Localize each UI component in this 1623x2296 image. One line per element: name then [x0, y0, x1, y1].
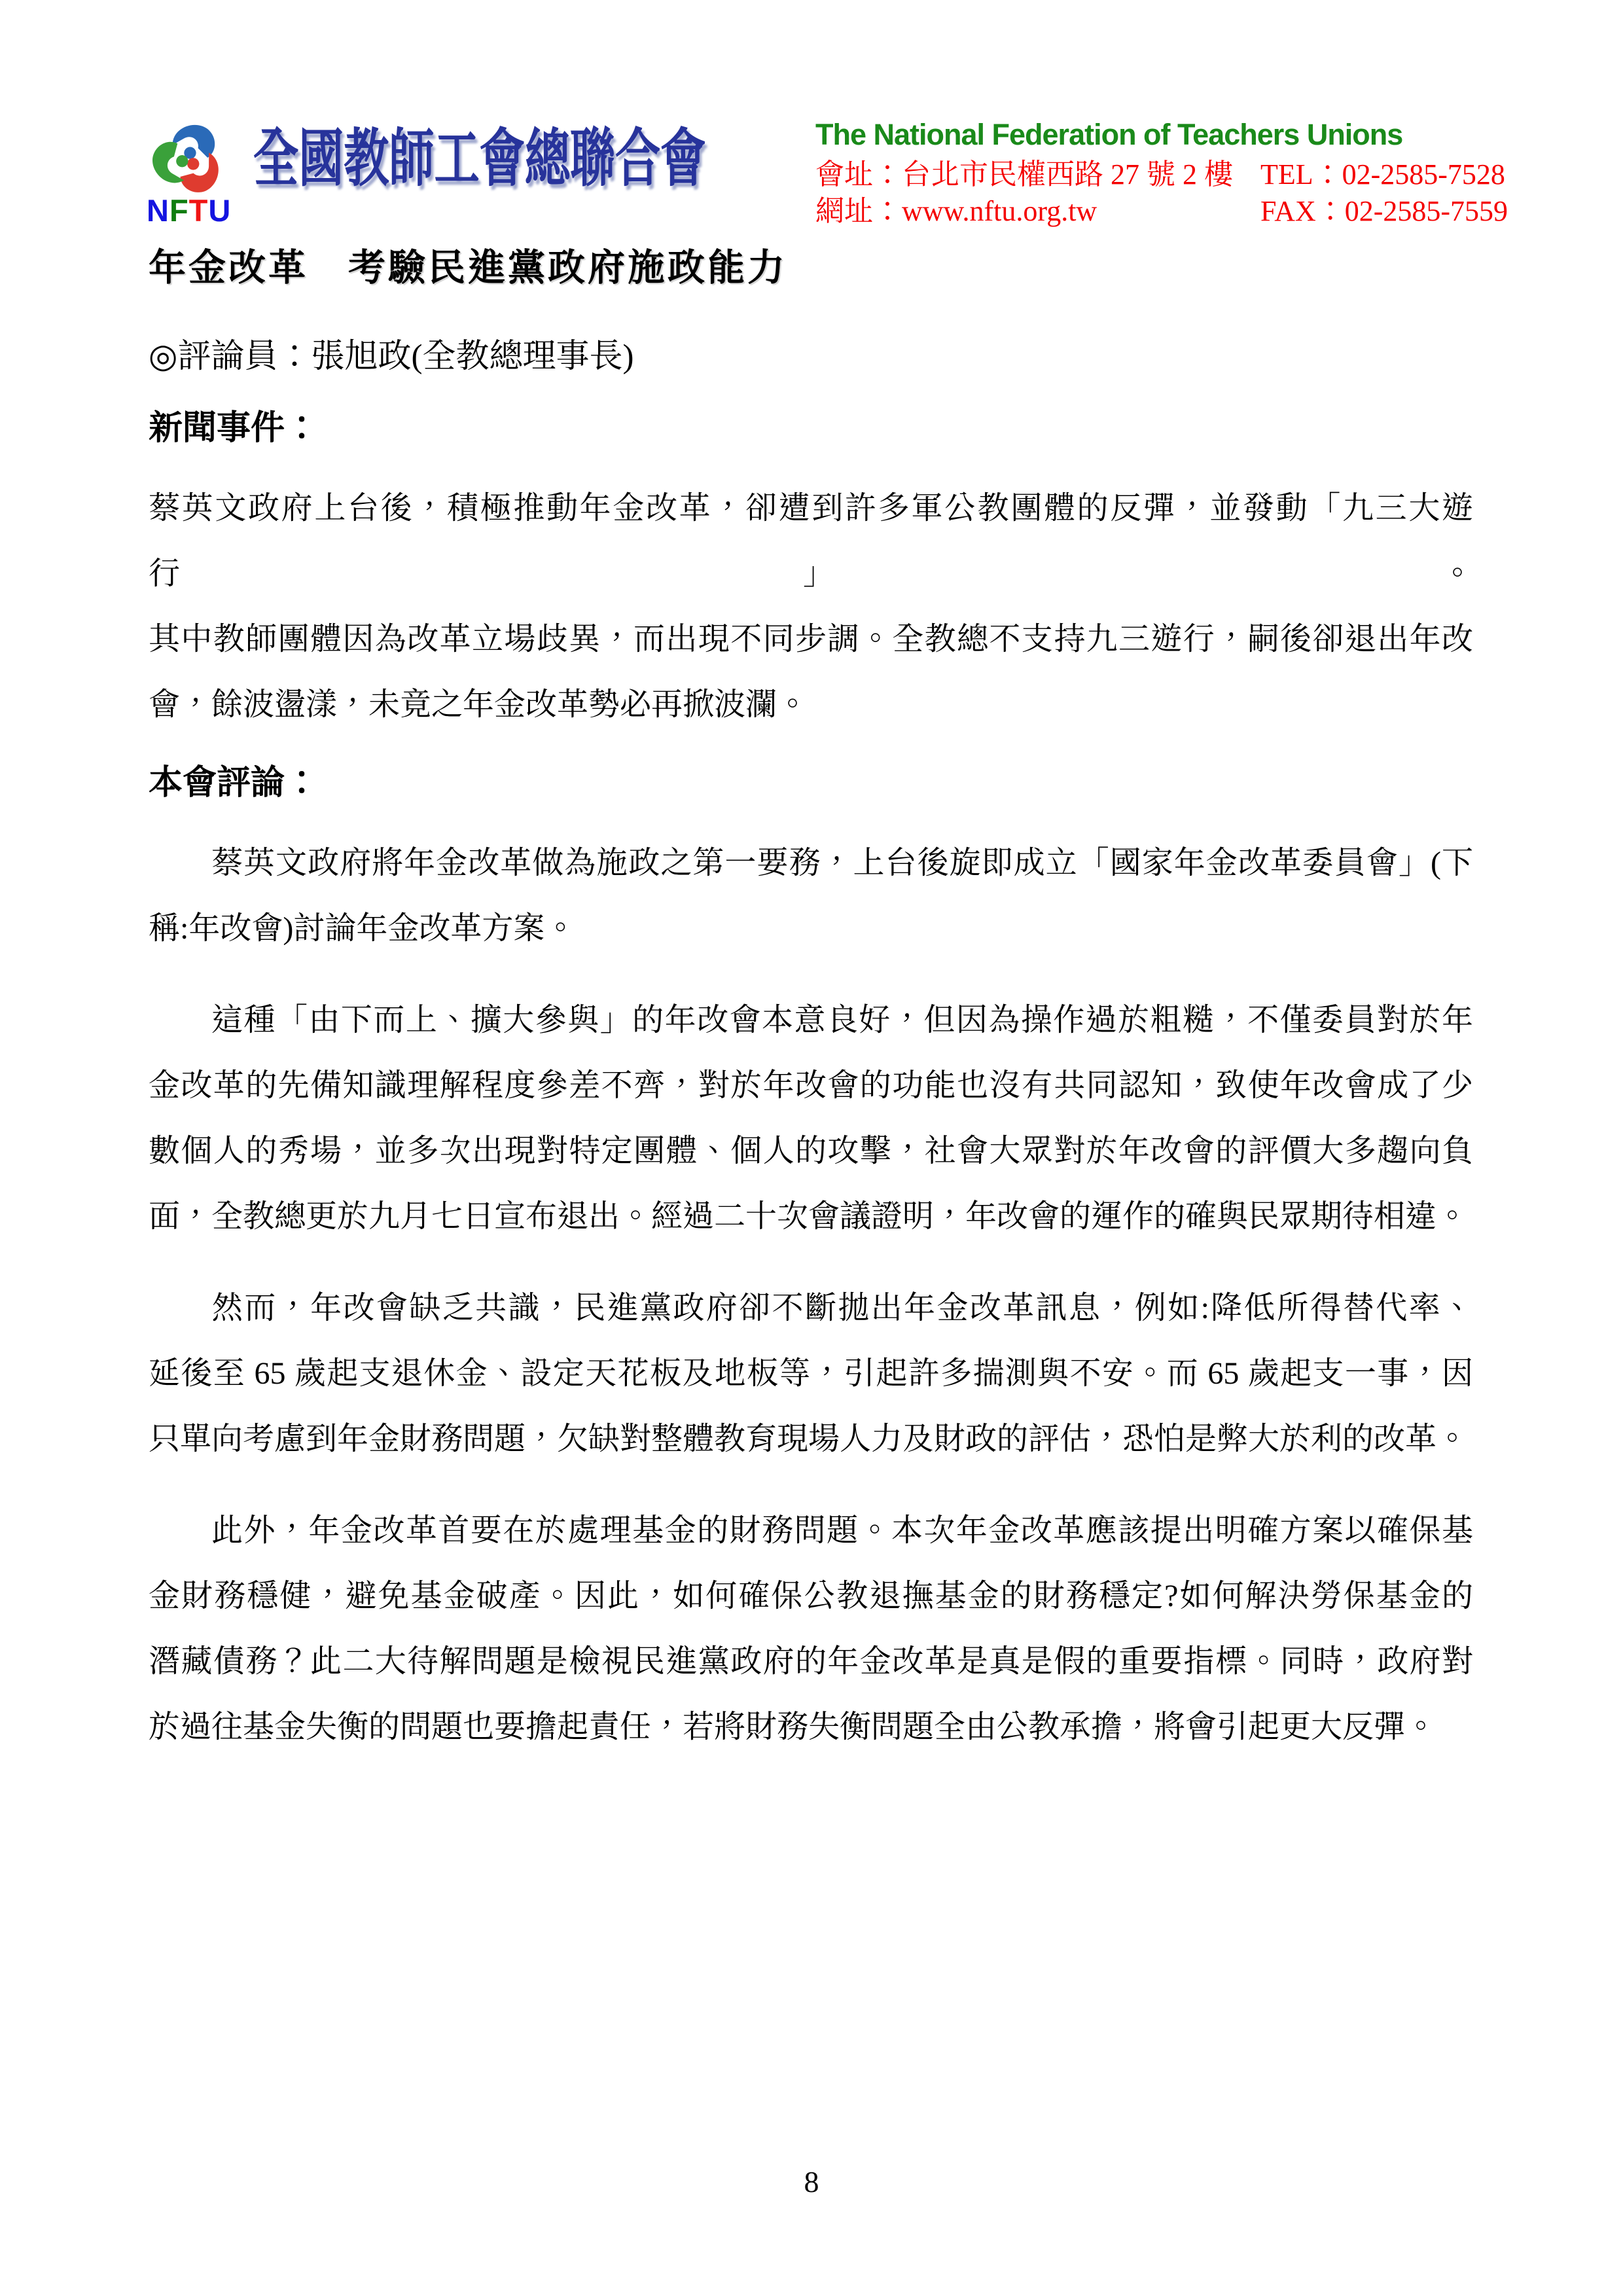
body-line: 此外，年金改革首要在於處理基金的財務問題。本次年金改革應該提出明確方案以確保基 — [149, 1498, 1473, 1564]
nftu-letter-t: T — [189, 193, 209, 228]
document-page: NFTU 全國教師工會總聯合會 The National Federation … — [0, 0, 1623, 2296]
nftu-logo-swirl-icon — [145, 118, 232, 198]
body-line: 數個人的秀場，並多次出現對特定團體、個人的攻擊，社會大眾對於年改會的評價大多趨向… — [149, 1119, 1473, 1184]
nftu-letter-n: N — [147, 193, 169, 228]
body-line: 延後至 65 歲起支退休金、設定天花板及地板等，引起許多揣測與不安。而 65 歲… — [149, 1341, 1473, 1407]
body-line: 然而，年改會缺乏共識，民進黨政府卻不斷拋出年金改革訊息，例如:降低所得替代率、 — [149, 1276, 1473, 1341]
tel-line: TEL：02-2585-7528 — [1260, 159, 1505, 190]
paragraph: 蔡英文政府上台後，積極推動年金改革，卻遭到許多軍公教團體的反彈，並發動「九三大遊… — [149, 476, 1473, 738]
page-number: 8 — [0, 2164, 1623, 2200]
body-line: 這種「由下而上、擴大參與」的年改會本意良好，但因為操作過於粗糙，不僅委員對於年 — [149, 988, 1473, 1053]
body-line: 面，全教總更於九月七日宣布退出。經過二十次會議證明，年改會的運作的確與民眾期待相… — [149, 1184, 1473, 1249]
fax-line: FAX：02-2585-7559 — [1260, 196, 1508, 227]
logo-figure-red — [175, 146, 226, 198]
body-line: 其中教師團體因為改革立場歧異，而出現不同步調。全教總不支持九三遊行，嗣後卻退出年… — [149, 607, 1473, 672]
body-line: 稱:年改會)討論年金改革方案。 — [149, 896, 1473, 961]
address-line: 會址：台北市民權西路 27 號 2 樓 — [815, 159, 1233, 190]
body-line: 於過往基金失衡的問題也要擔起責任，若將財務失衡問題全由公教承擔，將會引起更大反彈… — [149, 1695, 1473, 1760]
paragraph: 蔡英文政府將年金改革做為施政之第一要務，上台後旋即成立「國家年金改革委員會」(下… — [149, 831, 1473, 961]
paragraph: 這種「由下而上、擴大參與」的年改會本意良好，但因為操作過於粗糙，不僅委員對於年 … — [149, 988, 1473, 1249]
body-line: 蔡英文政府上台後，積極推動年金改革，卻遭到許多軍公教團體的反彈，並發動「九三大遊… — [149, 476, 1473, 607]
body-line: 會，餘波盪漾，未竟之年金改革勢必再掀波瀾。 — [149, 672, 1473, 738]
body-line: 金改革的先備知識理解程度參差不齊，對於年改會的功能也沒有共同認知，致使年改會成了… — [149, 1053, 1473, 1119]
body-line: 潛藏債務？此二大待解問題是檢視民進黨政府的年金改革是真是假的重要指標。同時，政府… — [149, 1629, 1473, 1695]
section-heading-news-event: 新聞事件： — [149, 403, 1473, 455]
body-line: 只單向考慮到年金財務問題，欠缺對整體教育現場人力及財政的評估，恐怕是弊大於利的改… — [149, 1407, 1473, 1472]
nftu-letter-f: F — [169, 193, 189, 228]
body-line: 金財務穩健，避免基金破產。因此，如何確保公教退撫基金的財務穩定?如何解決勞保基金… — [149, 1564, 1473, 1629]
article-body: 年金改革 考驗民進黨政府施政能力 ◎評論員：張旭政(全教總理事長) 新聞事件： … — [149, 242, 1473, 1760]
paragraph: 然而，年改會缺乏共識，民進黨政府卻不斷拋出年金改革訊息，例如:降低所得替代率、 … — [149, 1276, 1473, 1472]
section-heading-commentary: 本會評論： — [149, 757, 1473, 810]
logo-figure-blue — [173, 125, 215, 159]
paragraph: 此外，年金改革首要在於處理基金的財務問題。本次年金改革應該提出明確方案以確保基 … — [149, 1498, 1473, 1760]
website-line: 網址：www.nftu.org.tw — [815, 196, 1097, 227]
nftu-wordmark: NFTU — [147, 195, 231, 226]
org-name-zh: 全國教師工會總聯合會 — [253, 124, 705, 194]
article-title: 年金改革 考驗民進黨政府施政能力 — [149, 242, 1473, 295]
letterhead: NFTU 全國教師工會總聯合會 The National Federation … — [0, 0, 1623, 255]
nftu-letter-u: U — [208, 193, 231, 228]
body-line: 蔡英文政府將年金改革做為施政之第一要務，上台後旋即成立「國家年金改革委員會」(下 — [149, 831, 1473, 896]
org-name-en: The National Federation of Teachers Unio… — [815, 118, 1402, 151]
byline: ◎評論員：張旭政(全教總理事長) — [149, 331, 1473, 383]
